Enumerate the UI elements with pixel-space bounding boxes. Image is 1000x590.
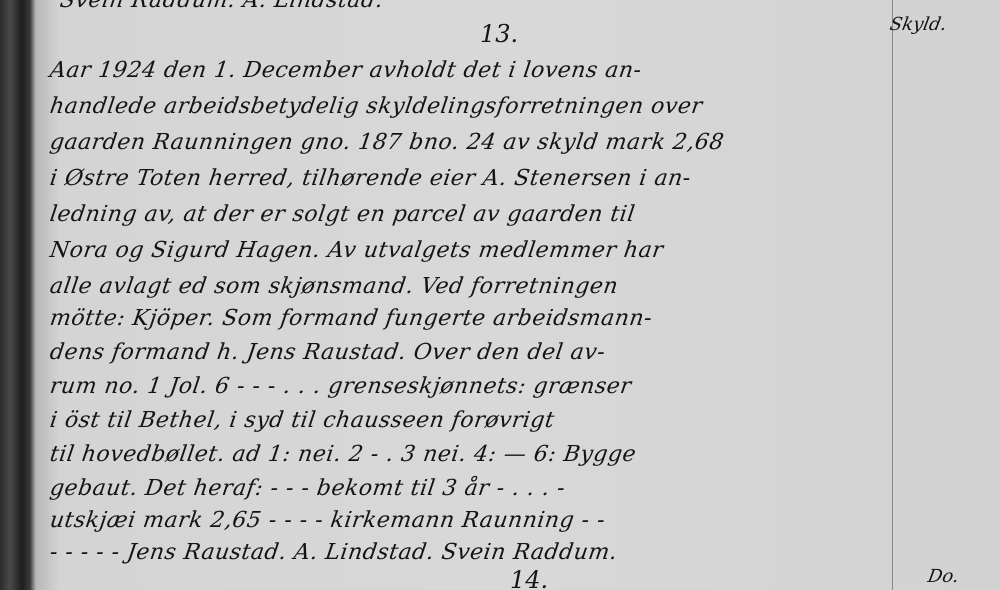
text-line-11: i öst til Bethel, i syd til chausseen fo… [48,408,556,433]
entry-number: 13. [480,20,518,48]
margin-rule [892,0,893,590]
text-line-10: rum no. 1 Jol. 6 - - - . . . grenseskjøn… [48,374,633,399]
margin-note-do: Do. [926,566,960,587]
text-line-5: ledning av, at der er solgt en parcel av… [48,202,636,227]
text-line-15: - - - - - Jens Raustad. A. Lindstad. Sve… [48,540,619,565]
text-line-7: alle avlagt ed som skjønsmand. Ved forre… [48,274,620,299]
text-line-9: dens formand h. Jens Raustad. Over den d… [48,340,607,365]
cut-off-signature-line: Svein Raddum. A. Lindstad. [58,0,385,13]
text-line-6: Nora og Sigurd Hagen. Av utvalgets medle… [48,238,665,263]
next-entry-number: 14. [510,566,548,590]
margin-header-skyld: Skyld. [888,14,948,35]
text-line-4: i Østre Toten herred, tilhørende eier A.… [48,166,692,191]
text-line-1: Aar 1924 den 1. December avholdt det i l… [48,58,643,83]
ledger-page: Svein Raddum. A. Lindstad. 13. Skyld. Aa… [0,0,1000,590]
text-line-3: gaarden Raunningen gno. 187 bno. 24 av s… [48,130,725,155]
text-line-12: til hovedbøllet. ad 1: nei. 2 - . 3 nei.… [48,442,638,467]
text-line-2: handlede arbeidsbetydelig skyldelingsfor… [48,94,704,119]
text-line-13: gebaut. Det heraf: - - - bekomt til 3 år… [48,476,567,501]
text-line-8: mötte: Kjöper. Som formand fungerte arbe… [48,306,654,331]
text-line-14: utskjæi mark 2,65 - - - - kirkemann Raun… [48,508,607,533]
